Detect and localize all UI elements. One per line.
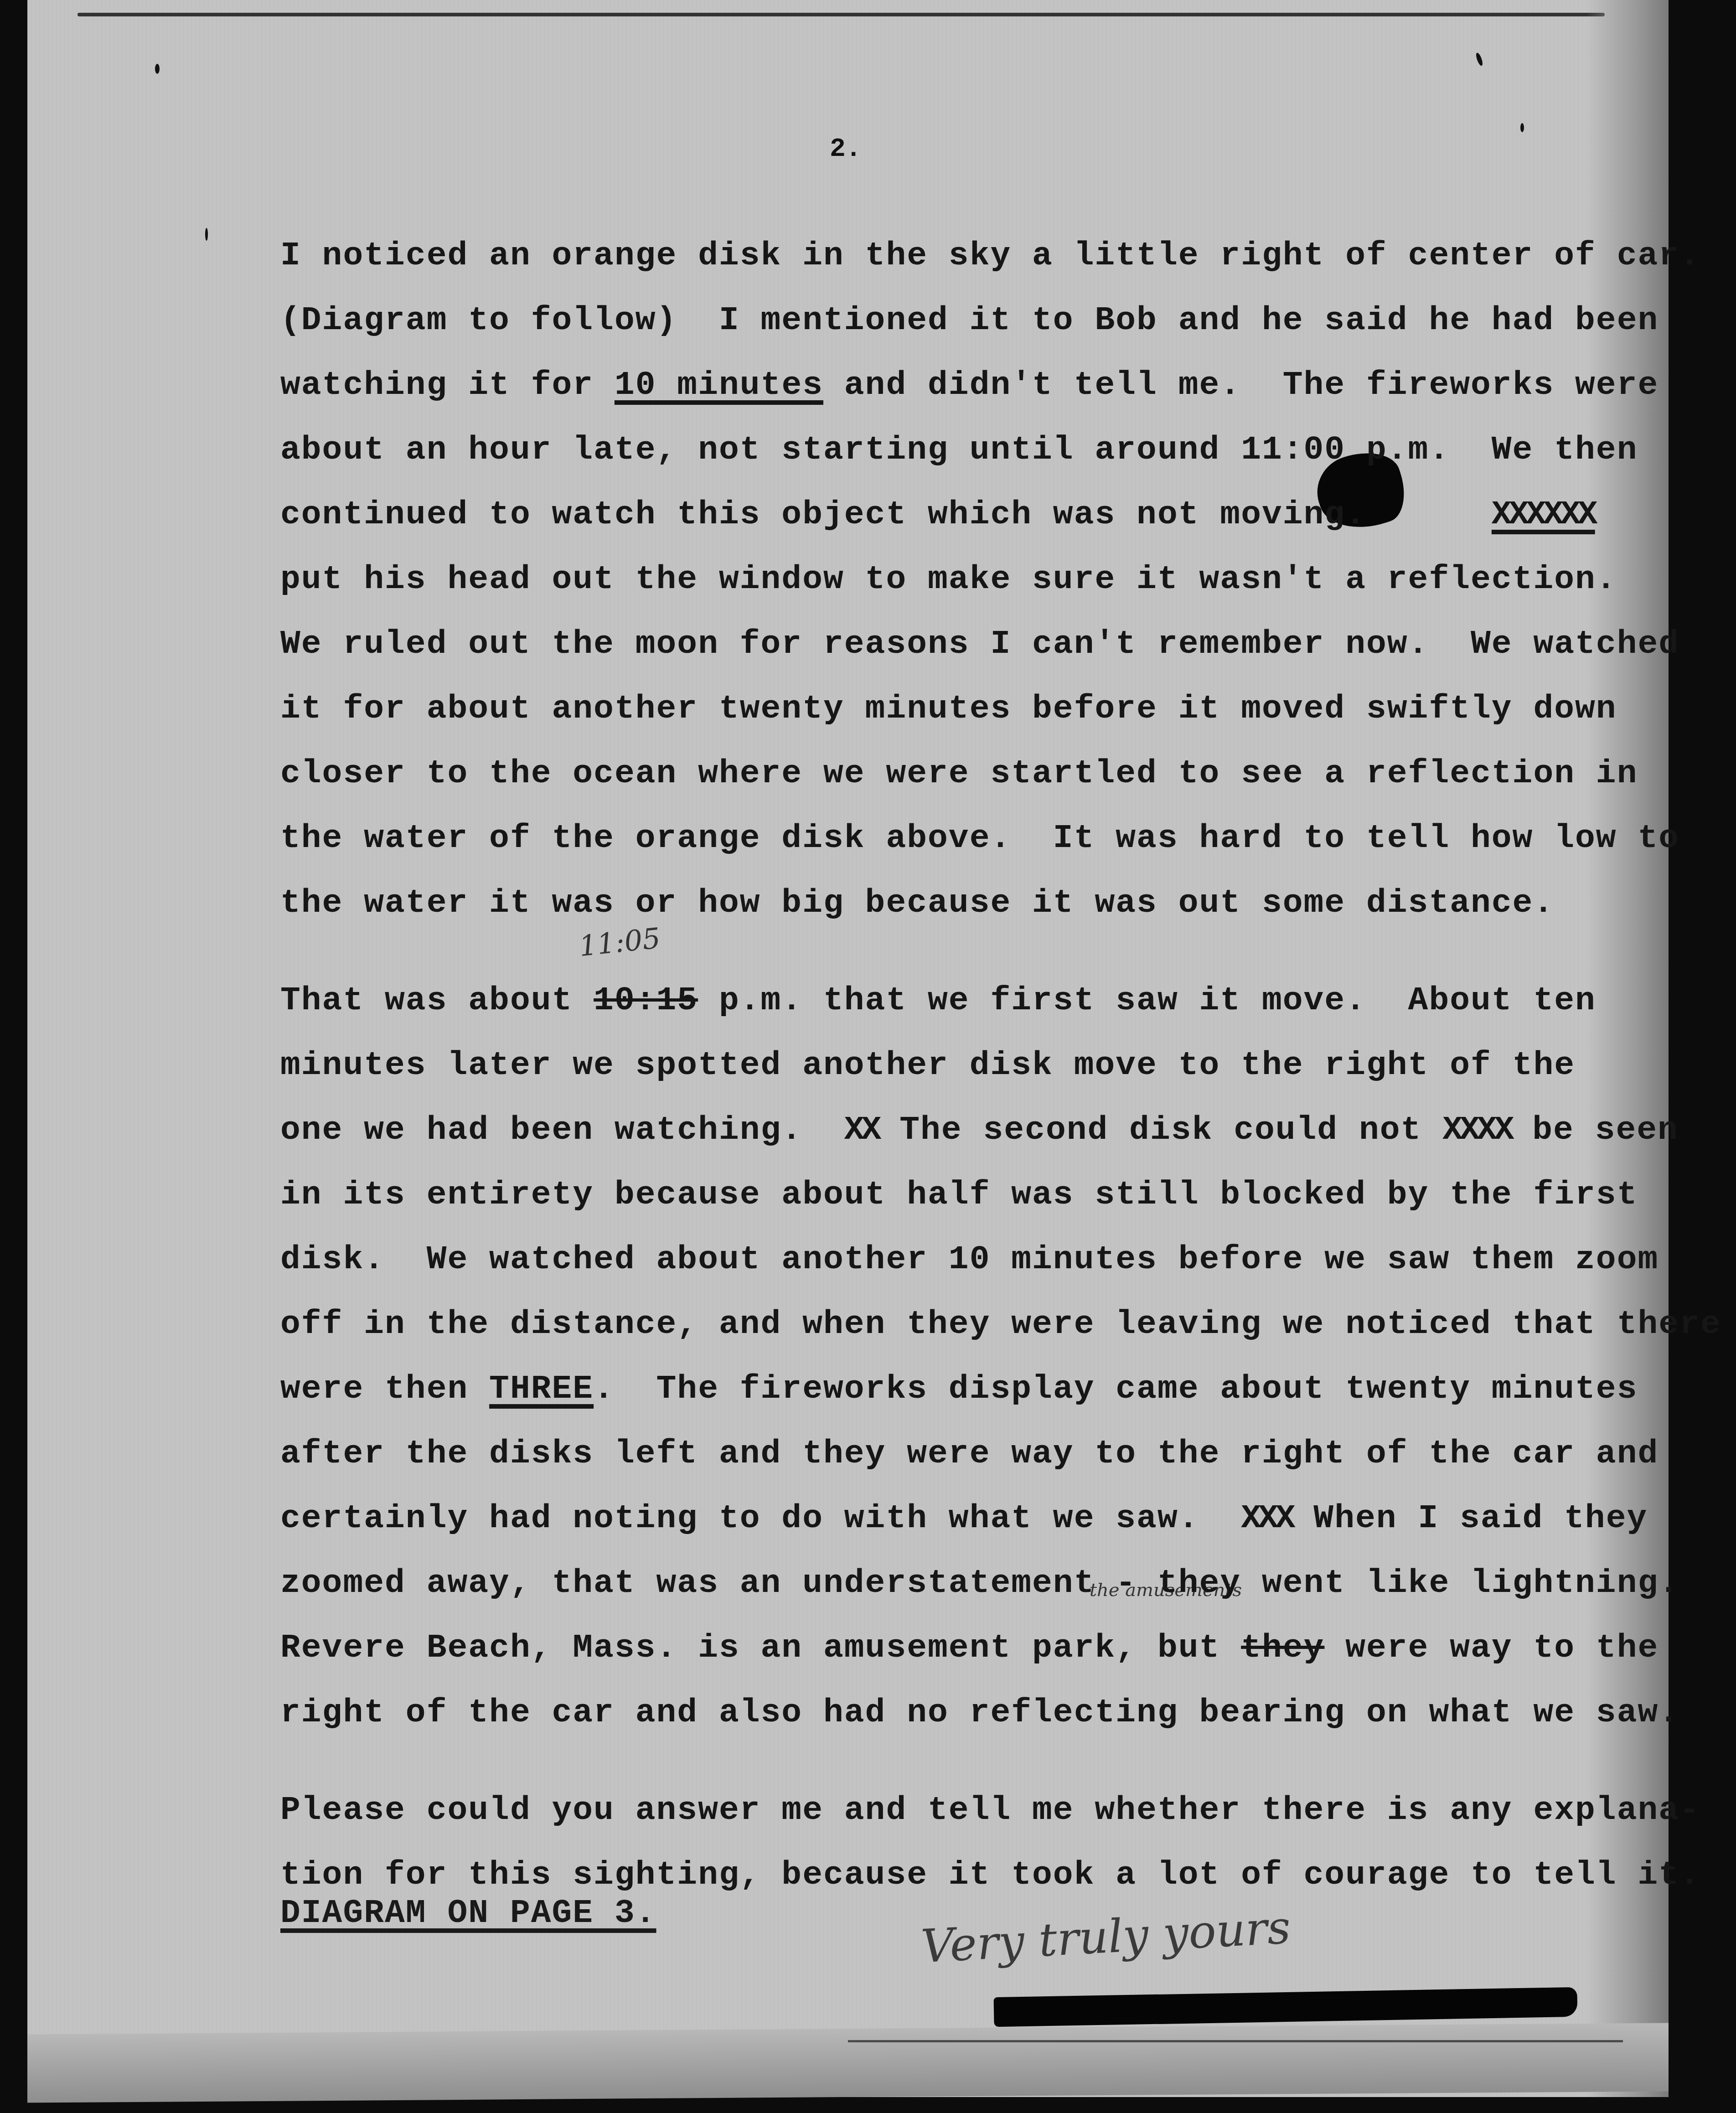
text-line: I noticed an orange disk in the sky a li… (280, 223, 1648, 288)
text-line: closer to the ocean where we were startl… (280, 741, 1648, 806)
text-line: after the disks left and they were way t… (280, 1421, 1648, 1486)
text-line: one we had been watching. XX The second … (280, 1098, 1648, 1162)
text-line: watching it for 10 minutes and didn't te… (280, 353, 1648, 418)
handwritten-closing: Very truly yours (920, 1901, 1292, 1973)
text-line: zoomed away, that was an understatement … (280, 1551, 1648, 1616)
paragraph-3: Please could you answer me and tell me w… (280, 1778, 1648, 1907)
diagram-reference-note: DIAGRAM ON PAGE 3. (280, 1894, 656, 1932)
text-line: certainly had noting to do with what we … (280, 1486, 1648, 1551)
underlined-count: THREE (489, 1370, 594, 1408)
paragraph-1: I noticed an orange disk in the sky a li… (280, 223, 1648, 935)
text-line: minutes later we spotted another disk mo… (280, 1033, 1648, 1098)
text-line: put his head out the window to make sure… (280, 547, 1648, 612)
scan-speck (1475, 52, 1484, 67)
typed-over-x-marks: XXX (1241, 1499, 1292, 1537)
text-line: Revere Beach, Mass. is an amusement park… (280, 1616, 1648, 1680)
typed-over-x-marks: XXXXXX (1492, 496, 1595, 533)
page-number: 2. (830, 134, 862, 164)
text-line: right of the car and also had no reflect… (280, 1680, 1648, 1745)
text-line: in its entirety because about half was s… (280, 1162, 1648, 1227)
scan-frame: 2. 11:05 the amusements I noticed an ora… (0, 0, 1736, 2113)
typed-over-x-marks: XXXX (1442, 1111, 1511, 1149)
scan-speck (155, 64, 160, 74)
text-line: Please could you answer me and tell me w… (280, 1778, 1648, 1843)
paragraph-2: That was about 10:15 p.m. that we first … (280, 968, 1648, 1745)
document-page: 2. 11:05 the amusements I noticed an ora… (27, 0, 1669, 2097)
text-line: the water of the orange disk above. It w… (280, 806, 1648, 871)
text-line: the water it was or how big because it w… (280, 871, 1648, 935)
scan-speck (205, 228, 208, 241)
underlined-duration: 10 minutes (615, 366, 823, 404)
text-line: That was about 10:15 p.m. that we first … (280, 968, 1648, 1033)
typed-over-x-marks: XX (844, 1111, 879, 1149)
struck-word: they (1241, 1629, 1324, 1667)
letter-body: I noticed an orange disk in the sky a li… (280, 223, 1648, 1907)
text-line: off in the distance, and when they were … (280, 1292, 1648, 1357)
signature-redaction (994, 1987, 1578, 2027)
text-line: were then THREE. The fireworks display c… (280, 1357, 1648, 1421)
struck-time: 10:15 (594, 982, 698, 1019)
text-line: disk. We watched about another 10 minute… (280, 1227, 1648, 1292)
page-bottom-fold (27, 2023, 1669, 2103)
text-line: it for about another twenty minutes befo… (280, 677, 1648, 741)
bottom-edge-line (848, 2040, 1623, 2042)
text-line: We ruled out the moon for reasons I can'… (280, 612, 1648, 677)
text-line: continued to watch this object which was… (280, 482, 1648, 547)
text-line: about an hour late, not starting until a… (280, 418, 1648, 482)
top-edge-line (77, 13, 1605, 16)
text-line: (Diagram to follow) I mentioned it to Bo… (280, 288, 1648, 353)
scan-speck (1520, 123, 1524, 132)
